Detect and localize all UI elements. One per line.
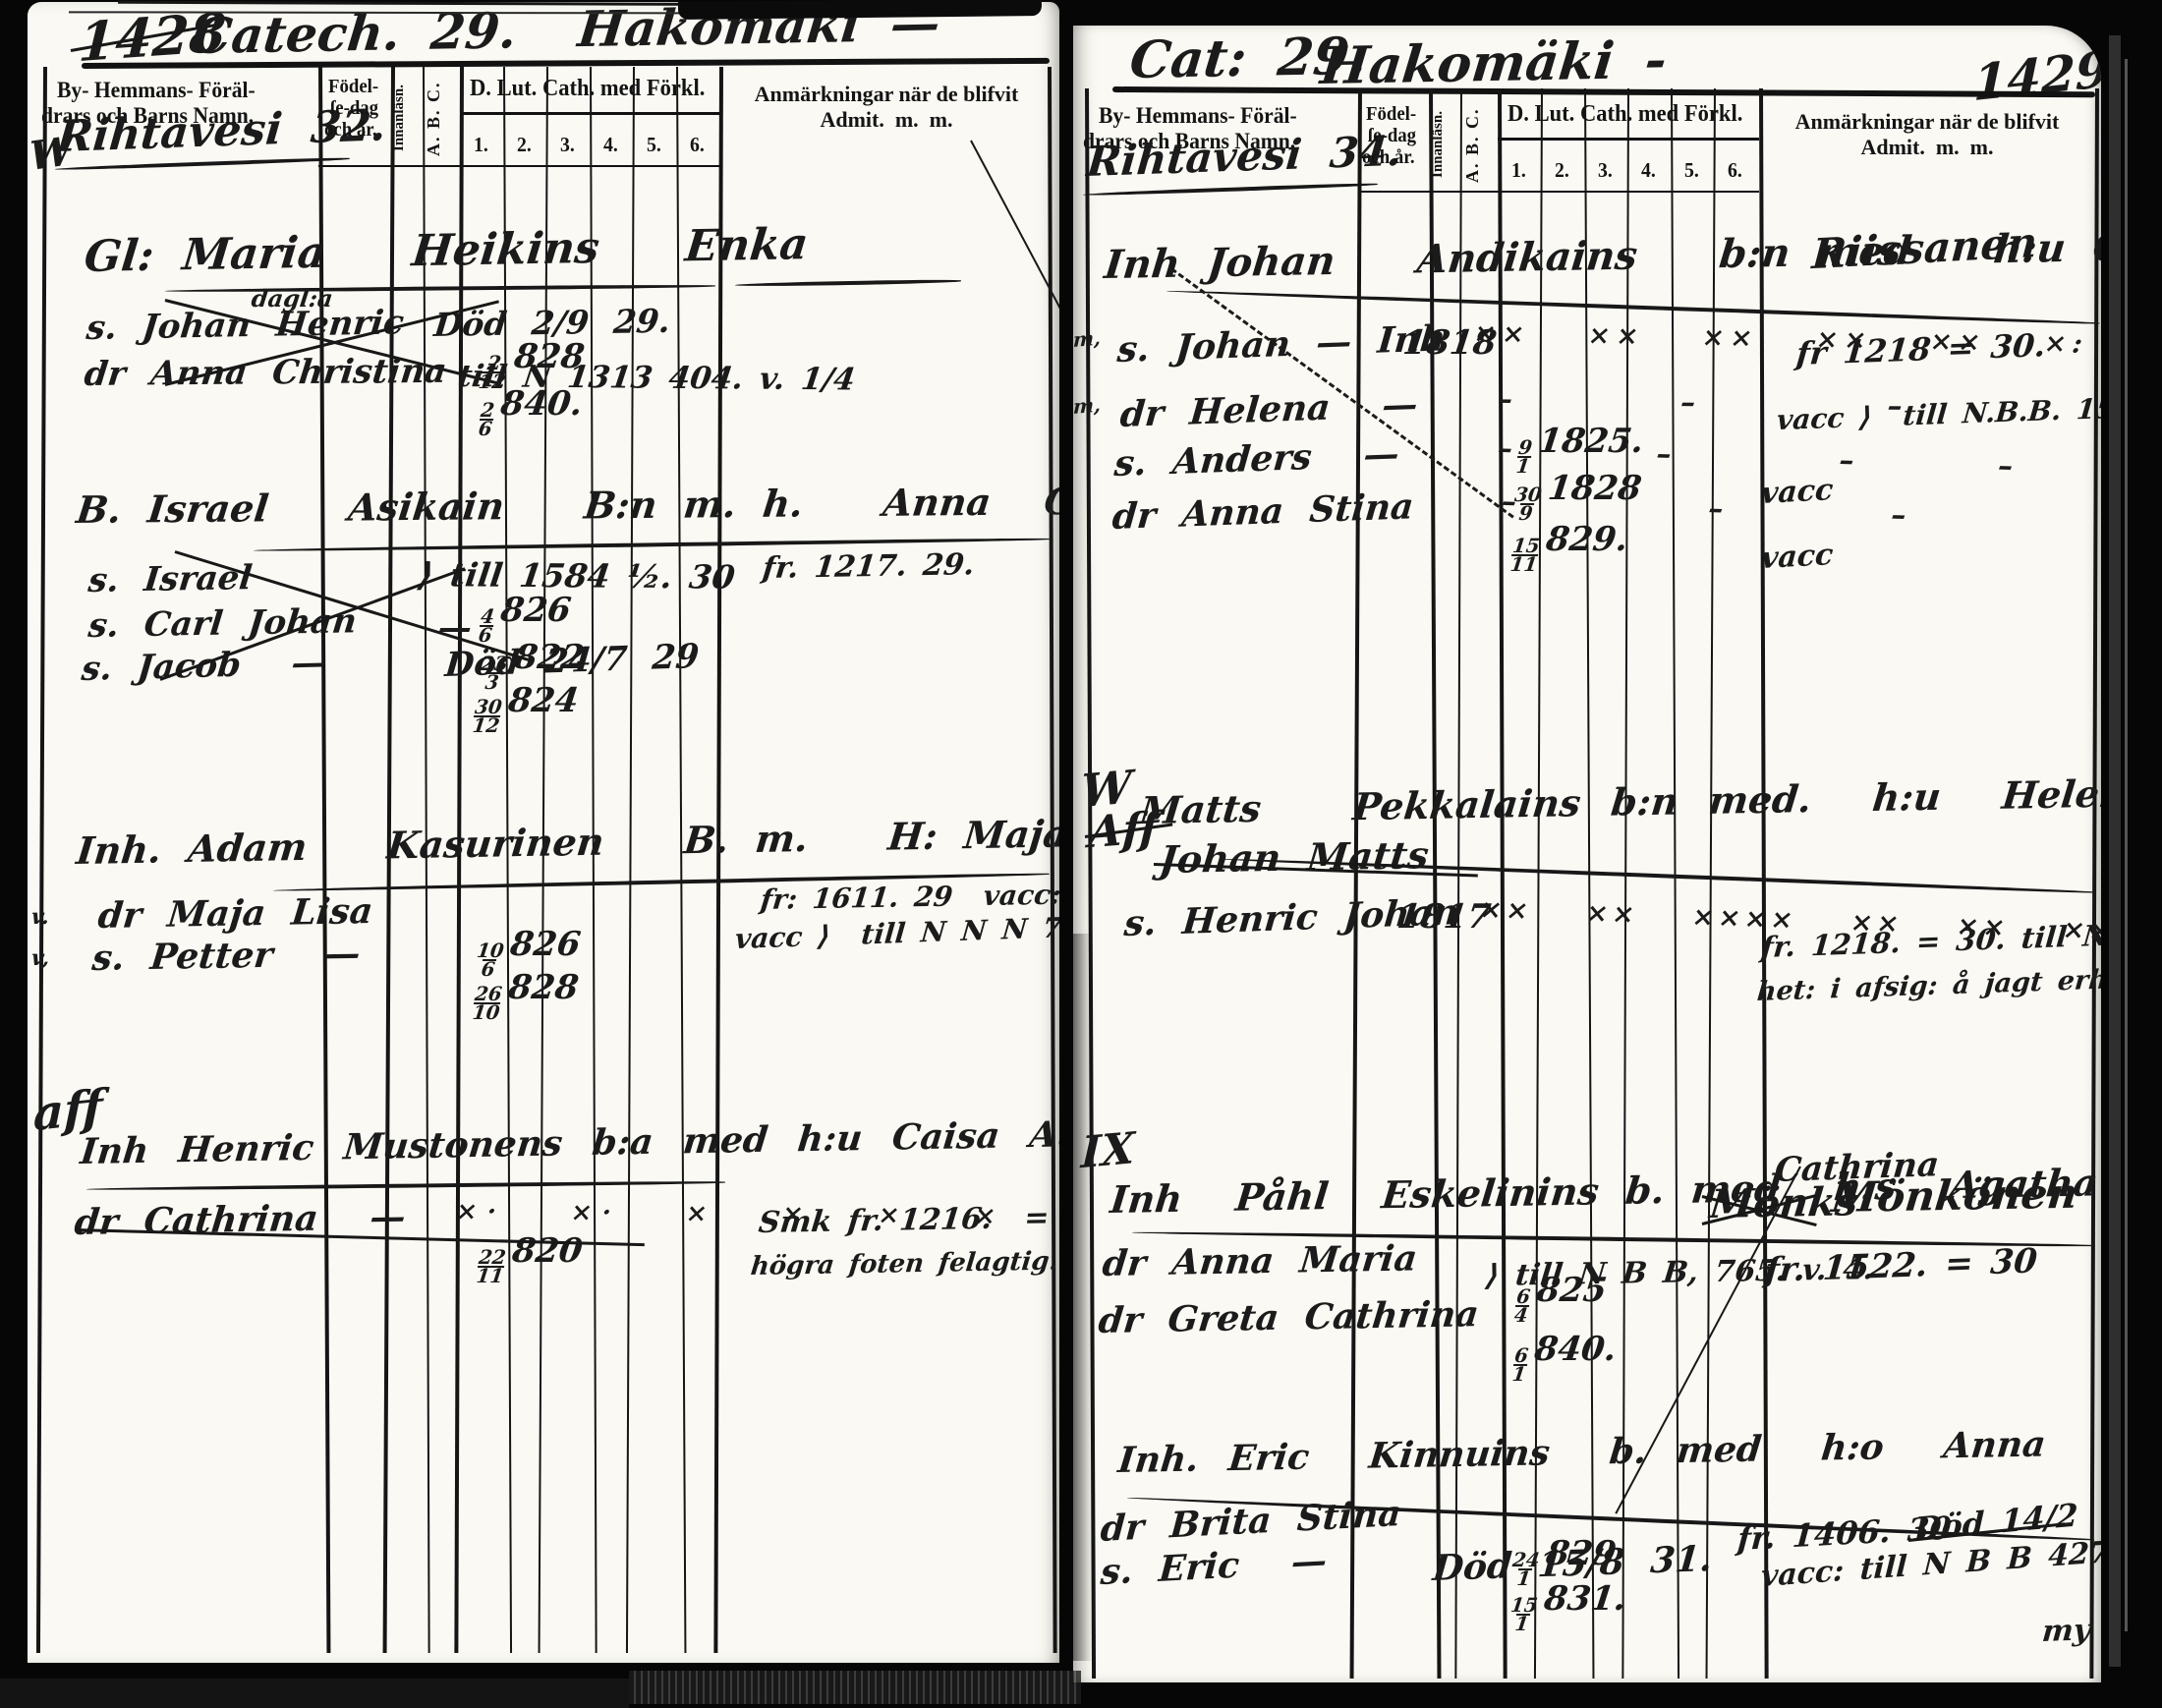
col-number-2: 2.: [1555, 159, 1569, 181]
right-page: Cat: 29. Hakomäki - 1429 By- Hemmans- Fö…: [1073, 26, 2101, 1682]
row-name: s. Jacob —: [80, 646, 326, 686]
scan-edge-streak: [2125, 59, 2128, 1631]
col-number-4: 4.: [1641, 159, 1656, 181]
underline-stroke: [1166, 289, 2100, 325]
col-remarks-label: Anmärkningar när de blifvit: [1765, 110, 2089, 133]
col-number-5: 5.: [647, 134, 661, 155]
page-title: Hakomäki -: [1318, 35, 1669, 92]
birth-year: 824: [506, 681, 581, 720]
page-number: 1429: [1973, 44, 2101, 108]
scan-bottom-band: [629, 1671, 1081, 1704]
entry-remark: fr: 1611. 29 vacc:: [760, 882, 1059, 914]
scanned-book-spread: 1428 Catech. 29. Hakomäki — By- Hemmans-…: [0, 0, 2162, 1708]
underline-stroke: [1083, 183, 1378, 197]
entry-remark: fr. 1522. = 30: [1764, 1244, 2039, 1287]
birth-month: 6: [478, 419, 493, 437]
birth-year: 831.: [1542, 1579, 1628, 1619]
birth-date: 1511: [1509, 539, 1541, 573]
entry-remark: fr. 1217. 29.: [761, 550, 976, 584]
margin-mark: v.: [30, 906, 51, 928]
entry-head-surname: Riissanen: [1811, 222, 2039, 275]
birth-date: 3012: [472, 700, 503, 734]
entry-head: Gl: Maria Heikins Enka: [83, 223, 811, 279]
row-note: Död 15/8 31.: [1431, 1541, 1713, 1586]
col-remarks-label: Anmärkningar när de blifvit: [725, 83, 1048, 105]
col-names-label: By- Hemmans- Föräl-: [57, 79, 256, 102]
gutter-shadow: [1073, 934, 1093, 1661]
col-number-6: 6.: [1728, 159, 1742, 181]
birth-month: 10: [472, 1002, 501, 1021]
row-name: s. Johan — Inh: [1115, 320, 1447, 368]
row-date: 2610828: [315, 938, 585, 1054]
entry-head: Inh. Adam Kasurinen B. m. H: Maja Sophia…: [75, 807, 1059, 870]
crease-line: [970, 141, 1059, 402]
col-abc-label: A. B. C.: [1463, 100, 1497, 191]
header-rule: [1358, 191, 1759, 193]
col-reading-label: Innanläsn.: [392, 73, 422, 163]
entry-head: Inh. Eric Kinnuins b. med h:o Anna Maria…: [1116, 1419, 2101, 1478]
row-name: s. Eric —: [1100, 1543, 1329, 1590]
col-birth-label: och år.: [1362, 147, 1415, 168]
entry-remark: högra foten felagtig. till N B B 1418.: [750, 1244, 1059, 1280]
row-name: s. Petter —: [90, 936, 362, 976]
birth-date: 2211: [476, 1250, 507, 1284]
column-rule: [1048, 67, 1056, 1653]
entry-head-surname: Mönkönen: [1830, 1173, 2079, 1219]
birth-year: 820: [510, 1231, 585, 1271]
col-number-2: 2.: [517, 134, 532, 155]
row-note: till N 1313 404. v. 1/4: [456, 362, 857, 395]
col-number-1: 1.: [1511, 159, 1526, 181]
birth-date: 61: [1511, 1348, 1529, 1383]
row-name: dr Brita Stina: [1100, 1496, 1402, 1547]
header-rule: [318, 165, 721, 167]
row-date: 61840.: [1355, 1299, 1622, 1416]
margin-mark: v,: [30, 947, 51, 969]
col-abc-label: A. B. C.: [425, 75, 460, 163]
col-birth-label: Födel-: [328, 77, 378, 97]
header-rule: [1112, 86, 2095, 97]
birth-date: 151: [1508, 1598, 1539, 1632]
col-names-label: By- Hemmans- Föräl-: [1099, 104, 1297, 128]
col-remarks-label: Admit. m. m.: [1765, 136, 2089, 158]
col-number-3: 3.: [560, 134, 575, 155]
row-note: ⟩ till 1584 ½. 30: [417, 558, 737, 594]
column-rule: [36, 67, 47, 1653]
scan-edge-streak: [2109, 35, 2121, 1667]
col-birth-label: ſe-dag: [330, 98, 378, 119]
entry-remark: Smk fr. 1216. = 30.: [757, 1203, 1059, 1238]
entry-remark: vacc: [1760, 541, 1834, 574]
birth-year: 829.: [1544, 520, 1630, 559]
margin-mark: m,: [1073, 327, 1101, 350]
col-number-6: 6.: [690, 134, 705, 155]
birth-month: 11: [476, 1266, 505, 1284]
entry-remark: het: i afsig: å jagt erh: till Blomst.: [1756, 959, 2101, 1005]
scan-bottom-band: [0, 1679, 629, 1708]
col-remarks-label: Admit. m. m.: [725, 108, 1048, 131]
col-reading-label: Innanläsn.: [1431, 98, 1460, 191]
entry-remark: vacc: [1760, 476, 1834, 509]
col-number-3: 3.: [1598, 159, 1613, 181]
birth-year: 840.: [1532, 1330, 1619, 1369]
entry-remark: fr 1218 = 30.: [1795, 329, 2047, 370]
left-page: 1428 Catech. 29. Hakomäki — By- Hemmans-…: [28, 2, 1059, 1663]
margin-mark: W: [29, 132, 74, 178]
col-number-1: 1.: [474, 134, 488, 155]
col-number-5: 5.: [1684, 159, 1699, 181]
col-birth-label: ſe-dag: [1368, 126, 1416, 146]
birth-date: 2610: [472, 987, 503, 1021]
underline-stroke: [735, 279, 961, 287]
village-name: Rihtavesi 34.: [1085, 131, 1403, 183]
birth-month: 11: [1509, 554, 1539, 573]
col-birth-label: Födel-: [1366, 104, 1416, 125]
entry-head: Inh Henric Mustonens b:a med h:u Caisa A…: [79, 1113, 1059, 1169]
entry-head: Matts Pekkalains b:n med. h:u Helena Hac…: [1138, 769, 2101, 829]
birth-year: 828: [506, 968, 581, 1007]
corner-mark: my: [2041, 1616, 2092, 1647]
entry-remark: vacc ⟩ till N N N 763. v. 4.: [734, 910, 1059, 953]
entry-head: B. Israel Asikain B:n m. h. Anna Gustafv…: [75, 480, 1059, 529]
birth-month: 12: [472, 715, 501, 734]
birth-month: 1: [1511, 1364, 1527, 1383]
row-name: s. Anders —: [1112, 436, 1400, 482]
col-birth-label: och år.: [324, 120, 377, 141]
col-number-4: 4.: [603, 134, 618, 155]
margin-mark: m,: [1073, 394, 1101, 417]
birth-month: 1: [1514, 1614, 1530, 1632]
birth-date: 26: [478, 403, 495, 437]
